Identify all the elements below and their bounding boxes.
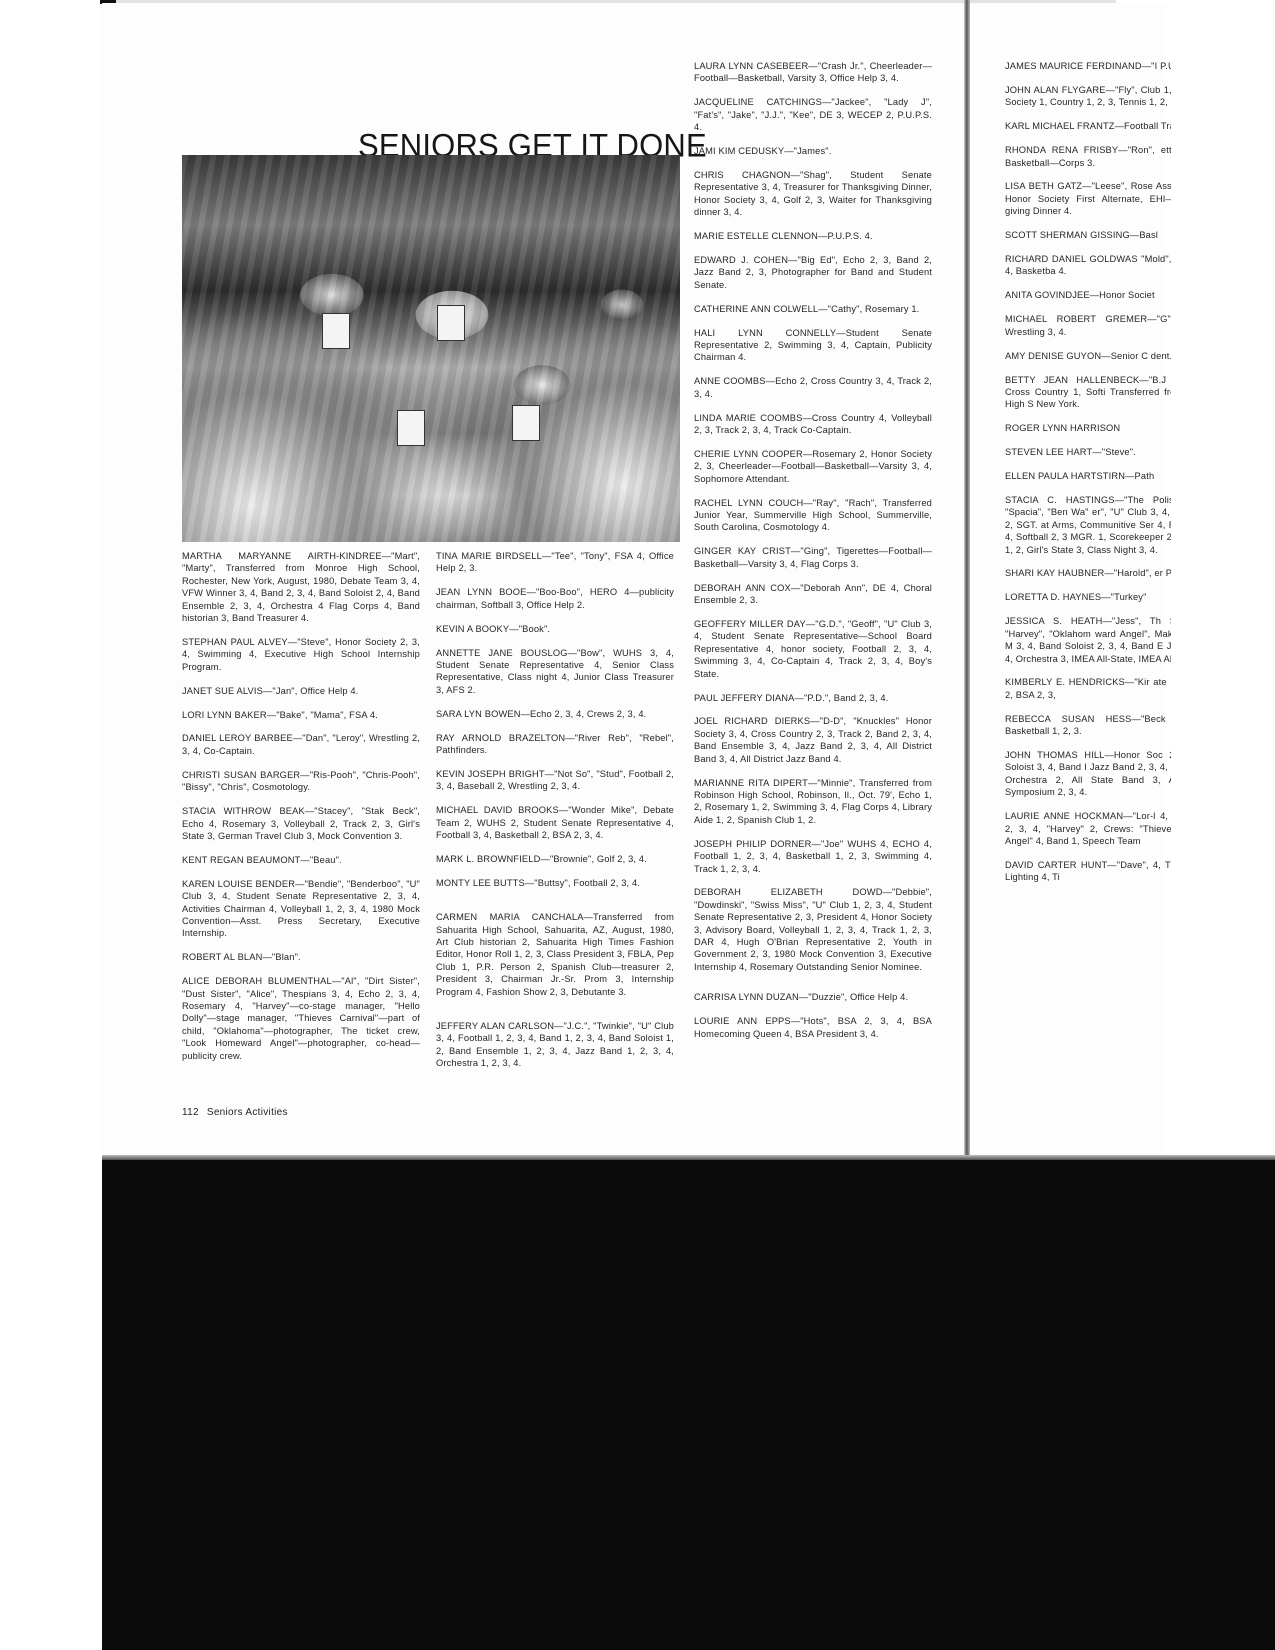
senior-entry: STACIA C. HASTINGS—"The Polis "Southpaw"… [1005,494,1171,556]
roster-column-1: MARTHA MARYANNE AIRTH-KINDREE—"Mart", "M… [182,550,420,1074]
section-name: Seniors Activities [207,1107,288,1118]
roster-column-2: TINA MARIE BIRDSELL—"Tee", "Tony", FSA 4… [436,550,674,1081]
scan-margin-right [1166,0,1275,1160]
roster-column-4: JAMES MAURICE FERDINAND—"I P.U.P.S. 4. J… [1005,60,1171,895]
playing-card-graphic [397,410,425,446]
senior-entry: LAURIE ANNE HOCKMAN—"Lor-l 4, Honor Soci… [1005,810,1171,847]
senior-entry: CHERIE LYNN COOPER—Rosemary 2, Honor Soc… [694,448,932,485]
senior-entry: STEVEN LEE HART—"Steve". [1005,446,1171,458]
senior-entry: KAREN LOUISE BENDER—"Bendie", "Benderboo… [182,878,420,940]
senior-entry: ANNETTE JANE BOUSLOG—"Bow", WUHS 3, 4, S… [436,647,674,697]
senior-entry: MICHAEL ROBERT GREMER—"G" Baseball 2, Wr… [1005,313,1171,338]
senior-entry: JESSICA S. HEATH—"Jess", Th Society 3, 4… [1005,615,1171,665]
playing-card-graphic [322,313,350,349]
senior-entry: LISA BETH GATZ—"Leese", Rose Assistant E… [1005,180,1171,217]
senior-entry: KENT REGAN BEAUMONT—"Beau". [182,854,420,866]
senior-entry: STACIA WITHROW BEAK—"Stacey", "Stak Beck… [182,805,420,842]
senior-entry: BETTY JEAN HALLENBECK—"B.J ketball 1, 2,… [1005,374,1171,411]
senior-entry: SCOTT SHERMAN GISSING—Basl [1005,229,1171,241]
senior-entry: JOSEPH PHILIP DORNER—"Joe" WUHS 4, ECHO … [694,838,932,875]
scan-background [102,1160,1275,1650]
senior-entry: GINGER KAY CRIST—"Ging", Tigerettes—Foot… [694,545,932,570]
senior-entry: JEAN LYNN BOOE—"Boo-Boo", HERO 4—publici… [436,586,674,611]
senior-entry: ELLEN PAULA HARTSTIRN—Path [1005,470,1171,482]
senior-entry: KEVIN JOSEPH BRIGHT—"Not So", "Stud", Fo… [436,768,674,793]
senior-entry: ALICE DEBORAH BLUMENTHAL—"Al", "Dirt Sis… [182,975,420,1062]
senior-entry: CARRISA LYNN DUZAN—"Duzzie", Office Help… [694,991,932,1003]
senior-entry: DANIEL LEROY BARBEE—"Dan", "Leroy", Wres… [182,732,420,757]
senior-entry: LORETTA D. HAYNES—"Turkey" [1005,591,1171,603]
page-number: 112 [182,1107,199,1118]
senior-entry: HALI LYNN CONNELLY—Student Senate Repres… [694,327,932,364]
senior-entry: KEVIN A BOOKY—"Book". [436,623,674,635]
senior-entry: LINDA MARIE COOMBS—Cross Country 4, Voll… [694,412,932,437]
senior-entry: MARIANNE RITA DIPERT—"Minnie", Transferr… [694,777,932,827]
senior-entry: JOEL RICHARD DIERKS—"D-D", "Knuckles" Ho… [694,715,932,765]
senior-entry: JACQUELINE CATCHINGS—"Jackee", "Lady J",… [694,96,932,133]
senior-entry: KARL MICHAEL FRANTZ—Football Track 2, 3,… [1005,120,1171,132]
senior-entry: MONTY LEE BUTTS—"Buttsy", Football 2, 3,… [436,877,674,889]
senior-entry: CATHERINE ANN COLWELL—"Cathy", Rosemary … [694,303,932,315]
senior-entry: CHRISTI SUSAN BARGER—"Ris-Pooh", "Chris-… [182,769,420,794]
senior-entry: JANET SUE ALVIS—"Jan", Office Help 4. [182,685,420,697]
senior-entry: SHARI KAY HAUBNER—"Harold", er Post 2, Y… [1005,567,1171,579]
senior-entry: RAY ARNOLD BRAZELTON—"River Reb", "Rebel… [436,732,674,757]
senior-entry: ANNE COOMBS—Echo 2, Cross Country 3, 4, … [694,375,932,400]
senior-entry: REBECCA SUSAN HESS—"Beck Club 2, 3, Bask… [1005,713,1171,738]
senior-entry: ROGER LYNN HARRISON [1005,422,1171,434]
senior-entry: GEOFFERY MILLER DAY—"G.D.", "Geoff", "U"… [694,618,932,680]
senior-entry: TINA MARIE BIRDSELL—"Tee", "Tony", FSA 4… [436,550,674,575]
senior-entry: JEFFERY ALAN CARLSON—"J.C.", "Twinkie", … [436,1020,674,1070]
senior-entry: JAMI KIM CEDUSKY—"James". [694,145,932,157]
senior-entry: MARIE ESTELLE CLENNON—P.U.P.S. 4. [694,230,932,242]
senior-entry: SARA LYN BOWEN—Echo 2, 3, 4, Crews 2, 3,… [436,708,674,720]
senior-entry: CHRIS CHAGNON—"Shag", Student Senate Rep… [694,169,932,219]
senior-entry: JOHN THOMAS HILL—Honor Soc 2, 3, 4, Band… [1005,749,1171,799]
senior-entry: CARMEN MARIA CANCHALA—Transferred from S… [436,911,674,998]
senior-entry: PAUL JEFFERY DIANA—"P.D.", Band 2, 3, 4. [694,692,932,704]
senior-entry: AMY DENISE GUYON—Senior C dent. [1005,350,1171,362]
senior-entry: ANITA GOVINDJEE—Honor Societ [1005,289,1171,301]
senior-entry: MICHAEL DAVID BROOKS—"Wonder Mike", Deba… [436,804,674,841]
senior-entry: JAMES MAURICE FERDINAND—"I P.U.P.S. 4. [1005,60,1171,72]
scan-margin-left [0,0,102,1650]
senior-entry: KIMBERLY E. HENDRICKS—"Kir ate Represent… [1005,676,1171,701]
senior-entry: MARK L. BROWNFIELD—"Brownie", Golf 2, 3,… [436,853,674,865]
playing-card-graphic [437,305,465,341]
senior-entry: RACHEL LYNN COUCH—"Ray", "Rach", Transfe… [694,497,932,534]
senior-entry: RICHARD DANIEL GOLDWAS "Mold", "U" Club … [1005,253,1171,278]
senior-entry: DEBORAH ANN COX—"Deborah Ann", DE 4, Cho… [694,582,932,607]
senior-entry: LORI LYNN BAKER—"Bake", "Mama", FSA 4. [182,709,420,721]
senior-entry: LAURA LYNN CASEBEER—"Crash Jr.", Cheerle… [694,60,932,85]
senior-entry: DEBORAH ELIZABETH DOWD—"Debbie", "Dowdin… [694,886,932,973]
senior-entry: STEPHAN PAUL ALVEY—"Steve", Honor Societ… [182,636,420,673]
playing-card-graphic [512,405,540,441]
senior-entry: DAVID CARTER HUNT—"Dave", 4, Track 3, Cr… [1005,859,1171,884]
senior-entry: RHONDA RENA FRISBY—"Ron", ettes—Football… [1005,144,1171,169]
pinball-photo [182,155,680,542]
senior-entry: JOHN ALAN FLYGARE—"Fly", Club 1, 2, 3, 4… [1005,84,1171,109]
roster-column-4-clip: JAMES MAURICE FERDINAND—"I P.U.P.S. 4. J… [1005,0,1171,1160]
roster-column-3: LAURA LYNN CASEBEER—"Crash Jr.", Cheerle… [694,60,932,1051]
senior-entry: MARTHA MARYANNE AIRTH-KINDREE—"Mart", "M… [182,550,420,624]
senior-entry: LOURIE ANN EPPS—"Hots", BSA 2, 3, 4, BSA… [694,1015,932,1040]
page-folio: 112Seniors Activities [182,1107,296,1118]
senior-entry: ROBERT AL BLAN—"Blan". [182,951,420,963]
senior-entry: EDWARD J. COHEN—"Big Ed", Echo 2, 3, Ban… [694,254,932,291]
